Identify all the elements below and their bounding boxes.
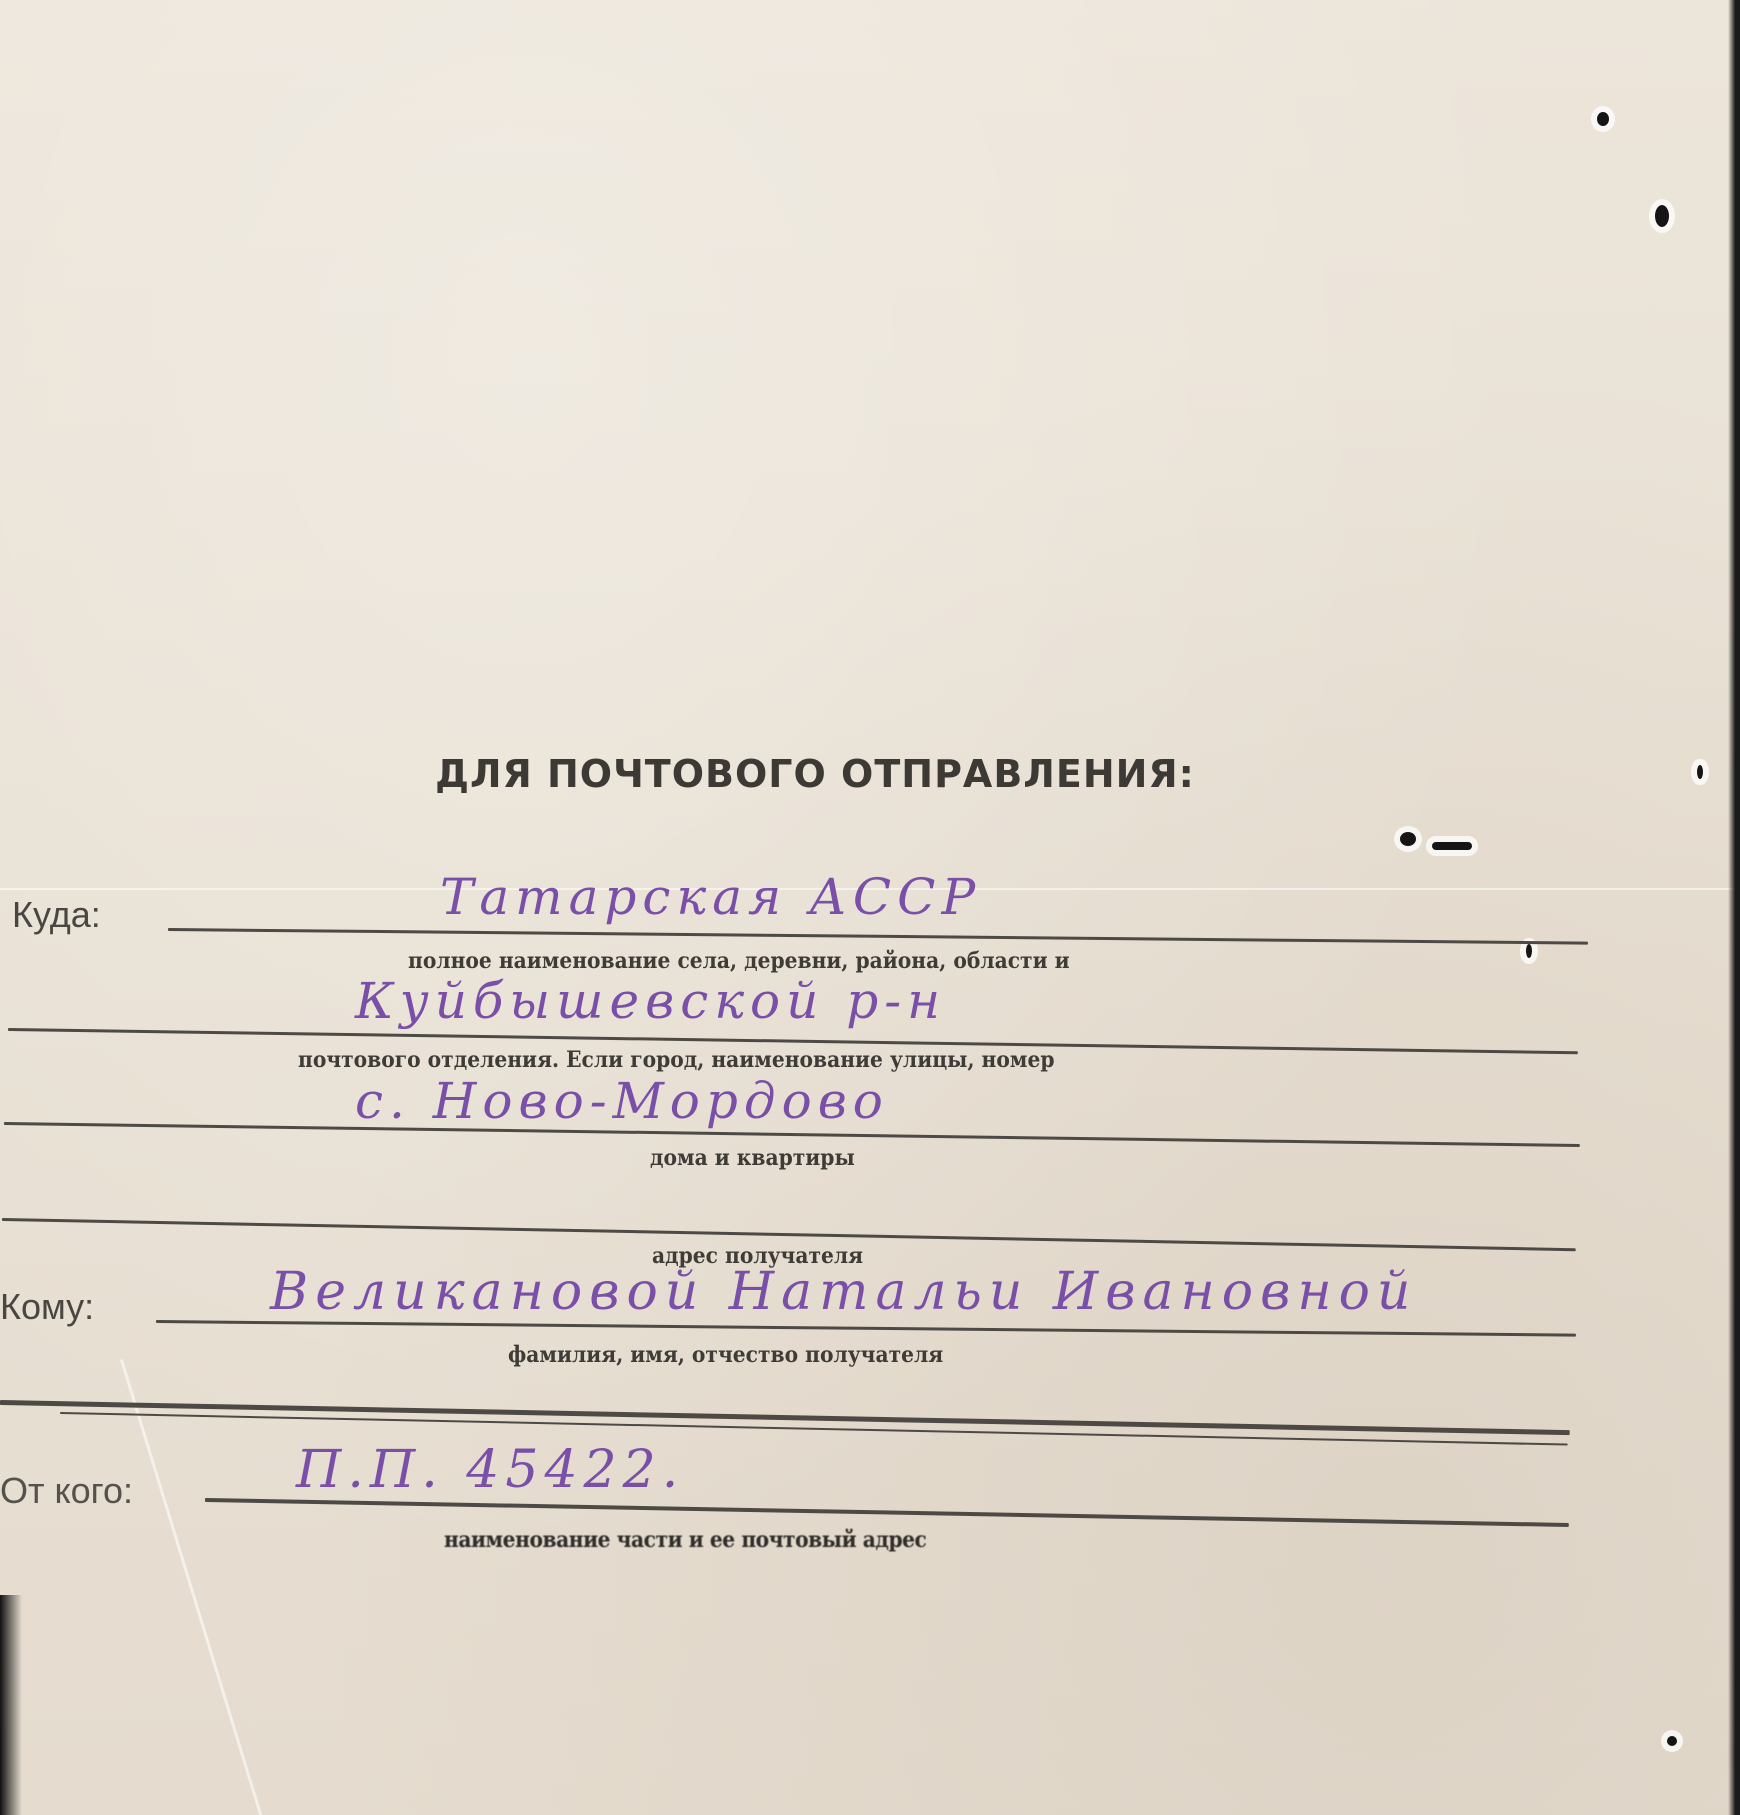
- punch-hole-icon: [1667, 1736, 1677, 1746]
- punch-hole-icon: [1432, 842, 1472, 850]
- caption-line-2: почтового отделения. Если город, наимено…: [298, 1047, 1054, 1073]
- handwritten-village: с. Ново-Мордово: [355, 1072, 889, 1130]
- to-where-label: Куда:: [12, 894, 101, 936]
- punch-hole-icon: [1526, 944, 1532, 958]
- from-whom-label: От кого:: [0, 1470, 133, 1512]
- handwritten-region: Татарская АССР: [440, 868, 981, 926]
- to-whom-label: Кому:: [0, 1286, 94, 1328]
- punch-hole-icon: [1697, 765, 1703, 779]
- handwritten-recipient: Великановой Натальи Ивановной: [270, 1262, 1417, 1322]
- handwritten-district: Куйбышевской р-н: [355, 972, 946, 1030]
- handwritten-sender: П.П. 45422.: [296, 1440, 684, 1500]
- caption-recipient: фамилия, имя, отчество получателя: [508, 1342, 943, 1368]
- caption-sender: наименование части и ее почтовый адрес: [444, 1527, 926, 1553]
- caption-line-3: дома и квартиры: [650, 1145, 855, 1171]
- scan-edge-right: [1728, 0, 1740, 1815]
- punch-hole-icon: [1597, 112, 1609, 126]
- form-heading: ДЛЯ ПОЧТОВОГО ОТПРАВЛЕНИЯ:: [0, 752, 1630, 796]
- caption-line-1: полное наименование села, деревни, район…: [408, 948, 1070, 974]
- punch-hole-icon: [1655, 205, 1669, 227]
- punch-hole-icon: [1400, 832, 1416, 846]
- scan-edge-bottom-left: [0, 1595, 22, 1815]
